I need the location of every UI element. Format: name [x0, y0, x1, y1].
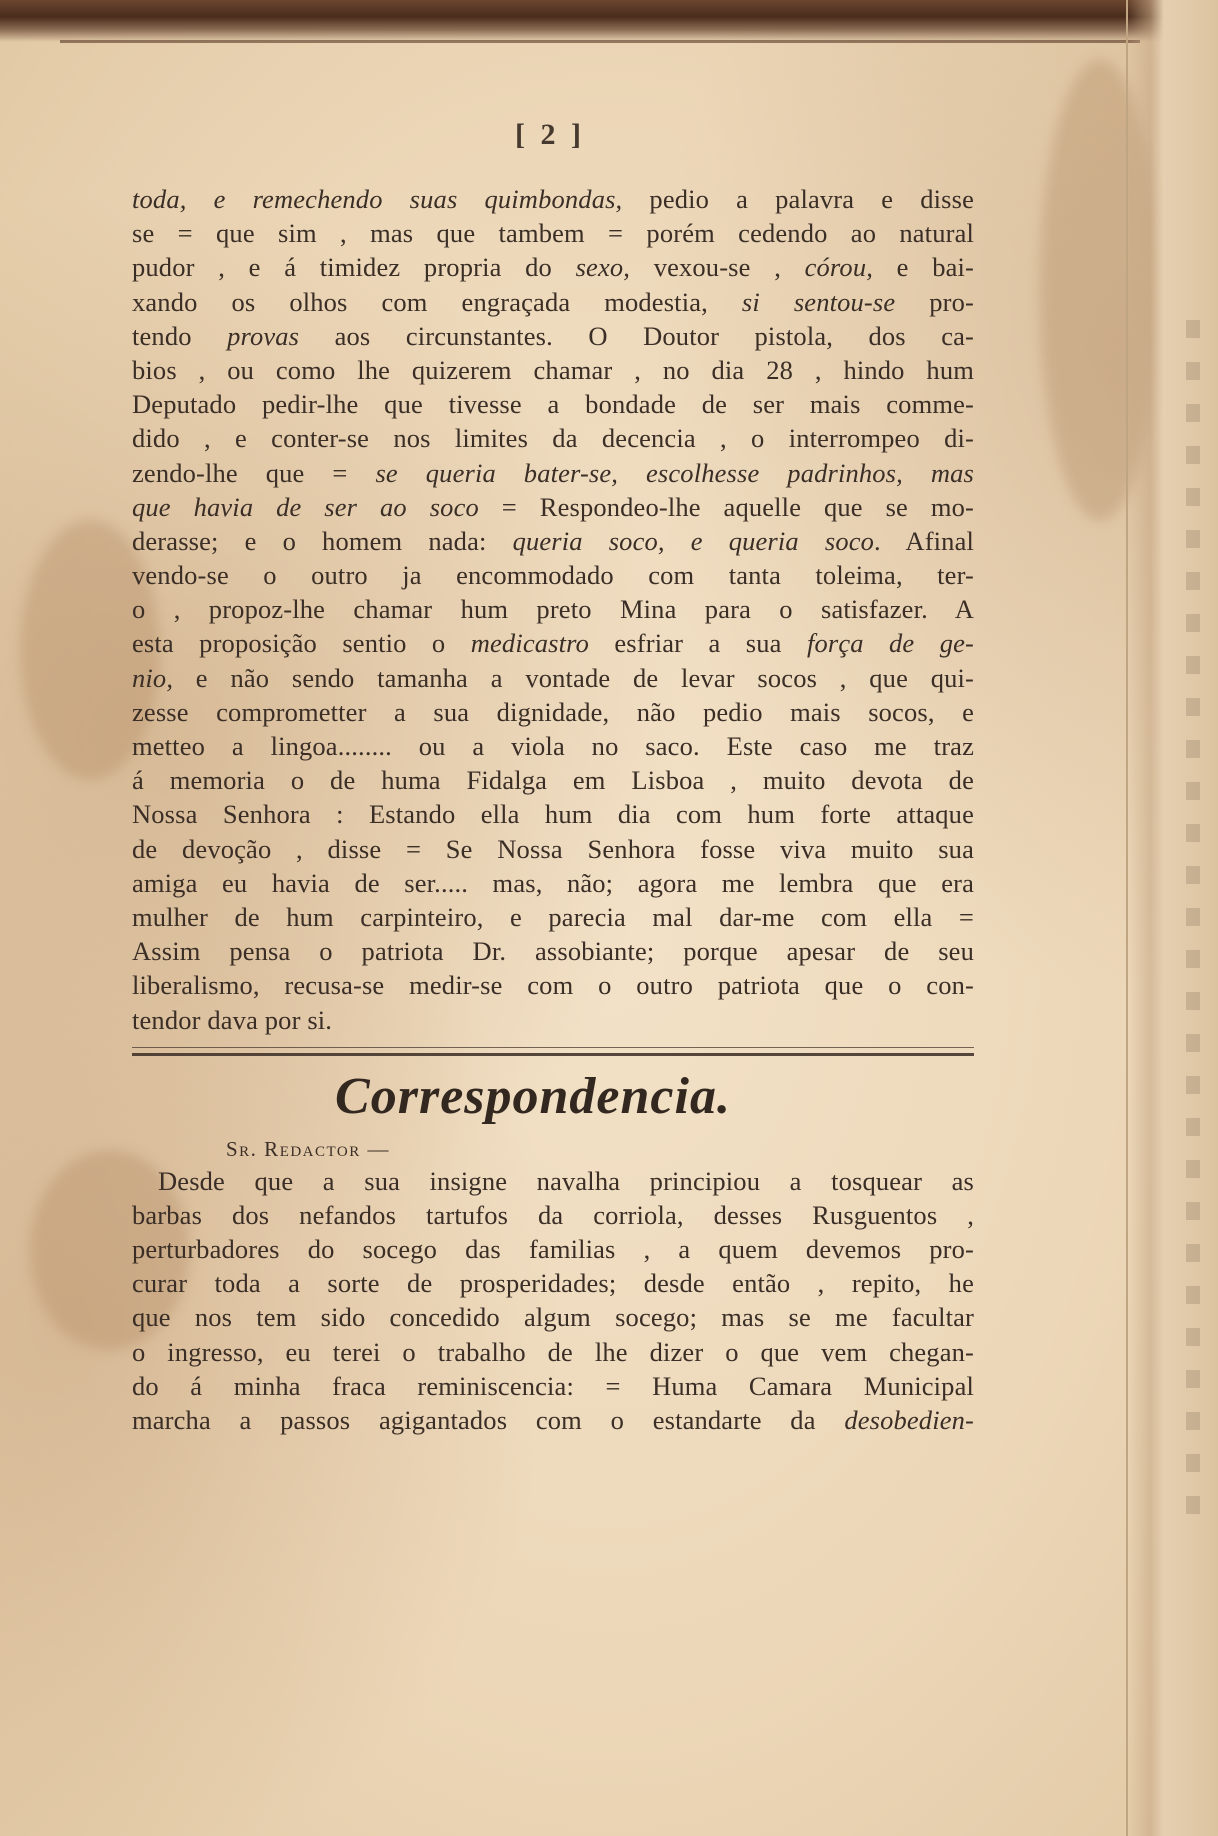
- text-run: amiga eu havia de ser..... mas, não; ago…: [132, 868, 974, 898]
- text-line: zendo-lhe que = se queria bater-se, esco…: [132, 456, 974, 490]
- text-run: se = que sim , mas que tambem = porém ce…: [132, 218, 974, 248]
- page-top-edge-line: [60, 40, 1140, 43]
- text-line: bios , ou como lhe quizerem chamar , no …: [132, 353, 974, 387]
- text-run: Deputado pedir-lhe que tivesse a bondade…: [132, 389, 974, 419]
- italic-run: força de ge-: [807, 628, 974, 658]
- salutation: Sr. Redactor —: [132, 1134, 974, 1164]
- italic-run: toda, e remechendo suas quimbondas,: [132, 184, 622, 214]
- text-line: se = que sim , mas que tambem = porém ce…: [132, 216, 974, 250]
- text-line: barbas dos nefandos tartufos da corriola…: [132, 1198, 974, 1232]
- text-line: marcha a passos agigantados com o estand…: [132, 1403, 974, 1437]
- text-line: xando os olhos com engraçada modestia, s…: [132, 285, 974, 319]
- text-run: tendo: [132, 321, 227, 351]
- text-line: que havia de ser ao soco = Respondeo-lhe…: [132, 490, 974, 524]
- text-run: Nossa Senhora : Estando ella hum dia com…: [132, 799, 974, 829]
- text-line: Deputado pedir-lhe que tivesse a bondade…: [132, 387, 974, 421]
- paragraph-1: toda, e remechendo suas quimbondas, pedi…: [132, 182, 974, 1037]
- text-run: marcha a passos agigantados com o estand…: [132, 1405, 844, 1435]
- text-run: perturbadores do socego das familias , a…: [132, 1234, 974, 1264]
- page-top-edge: [0, 0, 1218, 42]
- text-run: pudor , e á timidez propria do: [132, 252, 576, 282]
- text-run: á memoria o de huma Fidalga em Lisboa , …: [132, 765, 974, 795]
- text-run: xando os olhos com engraçada modestia,: [132, 287, 742, 317]
- article-text: toda, e remechendo suas quimbondas, pedi…: [132, 182, 974, 1437]
- italic-run: desobedien-: [844, 1405, 974, 1435]
- italic-run: sexo,: [576, 252, 630, 282]
- text-run: Desde que a sua insigne navalha principi…: [158, 1166, 974, 1196]
- text-run: barbas dos nefandos tartufos da corriola…: [132, 1200, 974, 1230]
- text-line: Assim pensa o patriota Dr. assobiante; p…: [132, 934, 974, 968]
- text-run: e bai-: [873, 252, 974, 282]
- italic-run: provas: [227, 321, 299, 351]
- text-run: bios , ou como lhe quizerem chamar , no …: [132, 355, 974, 385]
- text-line: de devoção , disse = Se Nossa Senhora fo…: [132, 832, 974, 866]
- text-line: perturbadores do socego das familias , a…: [132, 1232, 974, 1266]
- text-run: aos circunstantes. O Doutor pistola, dos…: [299, 321, 974, 351]
- text-line: nio, e não sendo tamanha a vontade de le…: [132, 661, 974, 695]
- text-line: metteo a lingoa........ ou a viola no sa…: [132, 729, 974, 763]
- text-line: derasse; e o homem nada: queria soco, e …: [132, 524, 974, 558]
- text-line: o ingresso, eu terei o trabalho de lhe d…: [132, 1335, 974, 1369]
- text-run: . Afinal: [874, 526, 974, 556]
- text-run: o , propoz-lhe chamar hum preto Mina par…: [132, 594, 974, 624]
- text-line: mulher de hum carpinteiro, e parecia mal…: [132, 900, 974, 934]
- text-run: de devoção , disse = Se Nossa Senhora fo…: [132, 834, 974, 864]
- text-run: liberalismo, recusa-se medir-se com o ou…: [132, 970, 974, 1000]
- adjacent-page-strip: [1126, 0, 1218, 1836]
- italic-run: medicastro: [471, 628, 589, 658]
- text-line: tendo provas aos circunstantes. O Doutor…: [132, 319, 974, 353]
- text-line: pudor , e á timidez propria do sexo, vex…: [132, 250, 974, 284]
- text-run: Assim pensa o patriota Dr. assobiante; p…: [132, 936, 974, 966]
- text-run: zendo-lhe que =: [132, 458, 375, 488]
- text-line: do á minha fraca reminiscencia: = Huma C…: [132, 1369, 974, 1403]
- text-run: esta proposição sentio o: [132, 628, 471, 658]
- italic-run: nio,: [132, 663, 173, 693]
- text-run: pro-: [895, 287, 974, 317]
- text-line: Nossa Senhora : Estando ella hum dia com…: [132, 797, 974, 831]
- italic-run: queria soco, e queria soco: [513, 526, 874, 556]
- text-run: curar toda a sorte de prosperidades; des…: [132, 1268, 974, 1298]
- text-run: que nos tem sido concedido algum socego;…: [132, 1302, 974, 1332]
- text-line: curar toda a sorte de prosperidades; des…: [132, 1266, 974, 1300]
- text-run: dido , e conter-se nos limites da decenc…: [132, 423, 974, 453]
- text-line: dido , e conter-se nos limites da decenc…: [132, 421, 974, 455]
- page-number: [ 2 ]: [0, 118, 1100, 152]
- divider-thick-rule: [132, 1053, 974, 1056]
- italic-run: córou,: [805, 252, 873, 282]
- text-run: mulher de hum carpinteiro, e parecia mal…: [132, 902, 974, 932]
- text-run: derasse; e o homem nada:: [132, 526, 513, 556]
- text-run: metteo a lingoa........ ou a viola no sa…: [132, 731, 974, 761]
- section-divider: [132, 1047, 974, 1056]
- text-run: vexou-se ,: [630, 252, 805, 282]
- italic-run: se queria bater-se, escolhesse padrinhos…: [375, 458, 974, 488]
- text-line: liberalismo, recusa-se medir-se com o ou…: [132, 968, 974, 1002]
- text-line: o , propoz-lhe chamar hum preto Mina par…: [132, 592, 974, 626]
- text-run: tendor dava por si.: [132, 1005, 332, 1035]
- section-heading: Correspondencia.: [92, 1060, 974, 1134]
- text-run: esfriar a sua: [589, 628, 807, 658]
- text-line: á memoria o de huma Fidalga em Lisboa , …: [132, 763, 974, 797]
- text-line: zesse comprometter a sua dignidade, não …: [132, 695, 974, 729]
- text-line: Desde que a sua insigne navalha principi…: [132, 1164, 974, 1198]
- text-run: do á minha fraca reminiscencia: = Huma C…: [132, 1371, 974, 1401]
- text-line: esta proposição sentio o medicastro esfr…: [132, 626, 974, 660]
- text-line: toda, e remechendo suas quimbondas, pedi…: [132, 182, 974, 216]
- text-line: amiga eu havia de ser..... mas, não; ago…: [132, 866, 974, 900]
- italic-run: que havia de ser ao soco: [132, 492, 479, 522]
- text-run: o ingresso, eu terei o trabalho de lhe d…: [132, 1337, 974, 1367]
- text-line: que nos tem sido concedido algum socego;…: [132, 1300, 974, 1334]
- divider-thin-rule: [132, 1047, 974, 1048]
- correspondence-paragraph: Desde que a sua insigne navalha principi…: [132, 1164, 974, 1438]
- text-run: zesse comprometter a sua dignidade, não …: [132, 697, 974, 727]
- text-line: tendor dava por si.: [132, 1003, 974, 1037]
- italic-run: si sentou-se: [742, 287, 895, 317]
- text-run: vendo-se o outro ja encommodado com tant…: [132, 560, 974, 590]
- text-run: = Respondeo-lhe aquelle que se mo-: [479, 492, 974, 522]
- text-run: e não sendo tamanha a vontade de levar s…: [173, 663, 974, 693]
- bleed-through-marks: [1186, 320, 1200, 1520]
- text-line: vendo-se o outro ja encommodado com tant…: [132, 558, 974, 592]
- text-run: pedio a palavra e disse: [622, 184, 974, 214]
